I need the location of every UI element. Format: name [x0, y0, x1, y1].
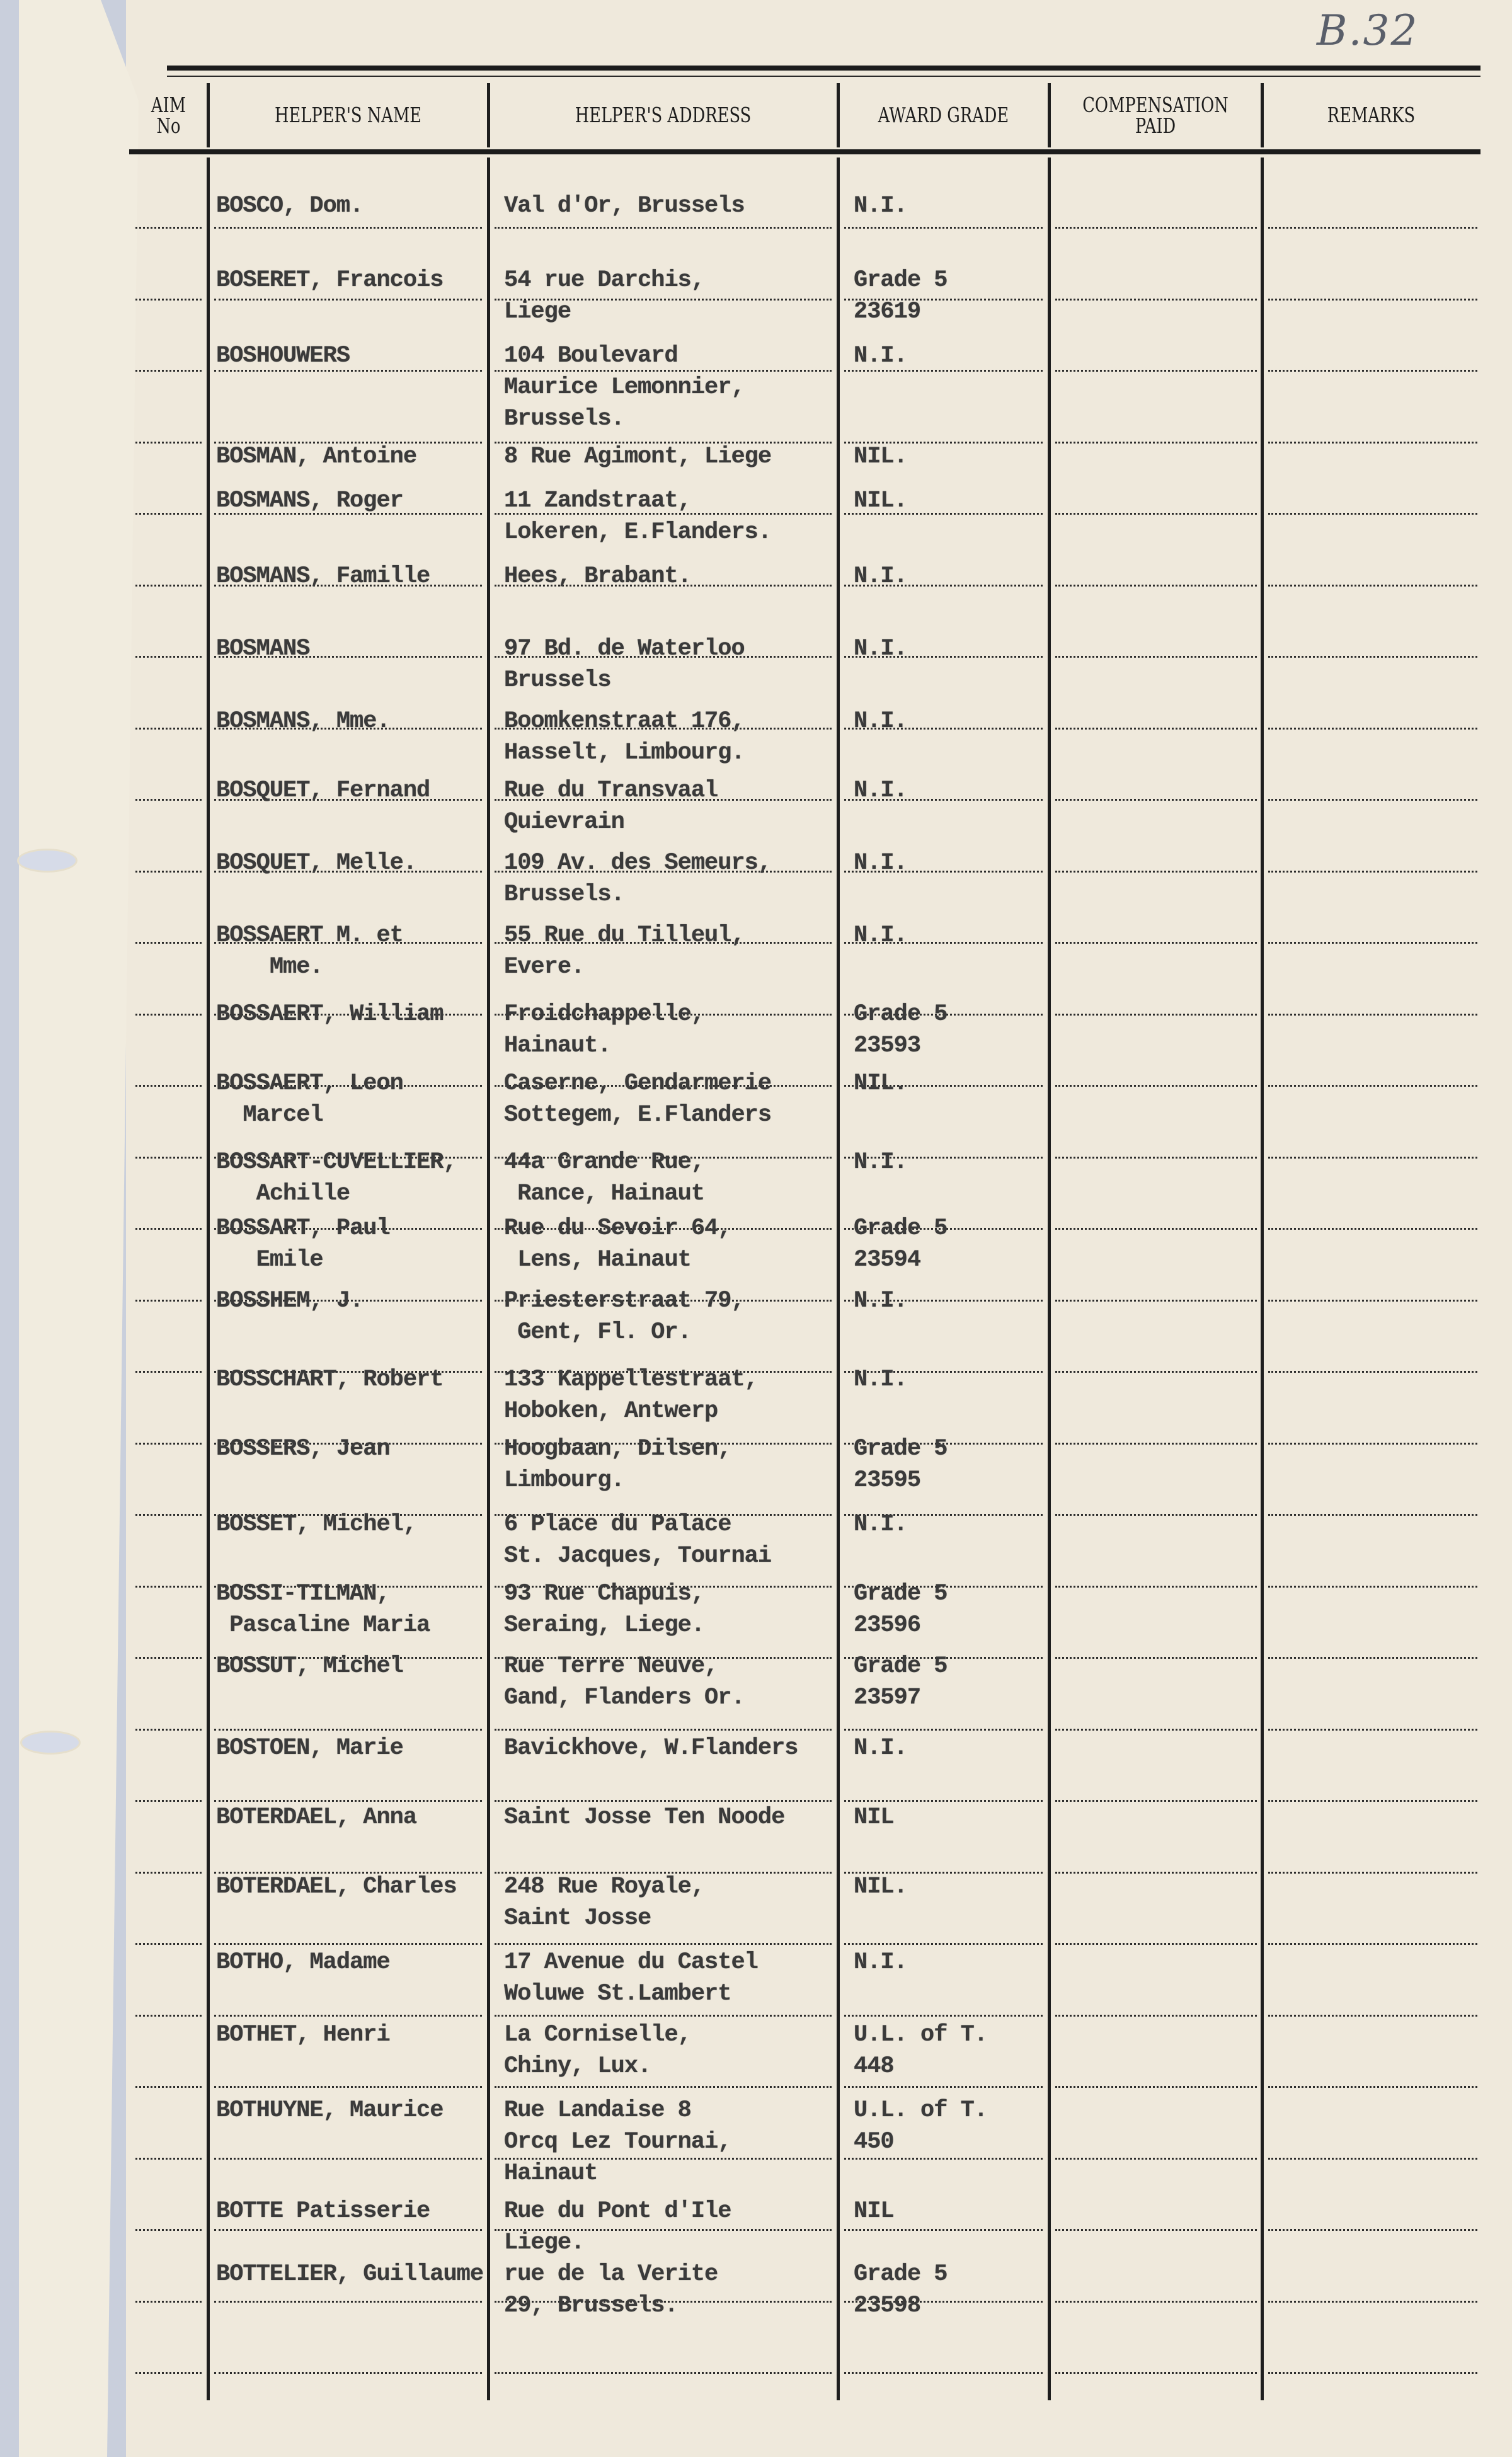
ruled-line	[214, 2301, 482, 2303]
ruled-line	[1268, 442, 1477, 444]
cell-name: BOSHOUWERS	[216, 340, 350, 372]
cell-name: BOSMAN, Antoine	[216, 441, 416, 472]
cell-award: N.I.	[854, 1732, 907, 1764]
ruled-line	[1055, 585, 1257, 587]
cell-award: N.I.	[854, 706, 907, 737]
cell-name: BOSQUET, Melle.	[216, 847, 416, 879]
cell-award: N.I.	[854, 1947, 907, 1978]
ruled-line	[1268, 227, 1477, 229]
cell-award: Grade 5 23594	[854, 1213, 947, 1276]
cell-award: N.I.	[854, 1147, 907, 1178]
cell-address: 93 Rue Chapuis, Seraing, Liege.	[504, 1578, 704, 1641]
ruled-line	[1268, 942, 1477, 944]
ruled-line	[1268, 1085, 1477, 1087]
cell-address: 17 Avenue du Castel Woluwe St.Lambert	[504, 1947, 758, 2010]
header-divider	[837, 83, 840, 147]
ruled-line	[1268, 585, 1477, 587]
ruled-line	[135, 871, 202, 873]
cell-address: 54 rue Darchis, Liege	[504, 265, 704, 328]
cell-award: N.I.	[854, 190, 907, 222]
ruled-line	[1268, 871, 1477, 873]
cell-address: 55 Rue du Tilleul, Evere.	[504, 920, 745, 983]
column-divider	[837, 157, 840, 2400]
header-divider	[1048, 83, 1051, 147]
ruled-line	[1055, 1943, 1257, 1945]
ruled-line	[1268, 370, 1477, 372]
ruled-line	[1055, 299, 1257, 301]
ruled-line	[1055, 513, 1257, 515]
ruled-line	[844, 2015, 1043, 2017]
cell-name: BOSSET, Michel,	[216, 1509, 416, 1540]
column-header-name: HELPER'S NAME	[239, 82, 457, 148]
cell-award: N.I.	[854, 1285, 907, 1317]
ruled-line	[1055, 2158, 1257, 2160]
ruled-line	[1055, 728, 1257, 730]
ruled-line	[1268, 1014, 1477, 1016]
ruled-line	[135, 1371, 202, 1373]
cell-award: Grade 5 23596	[854, 1578, 947, 1641]
cell-award: N.I.	[854, 775, 907, 806]
column-divider	[1048, 157, 1051, 2400]
ruled-line	[135, 2158, 202, 2160]
cell-name: BOSSAERT M. et Mme.	[216, 920, 403, 983]
cell-name: BOTTE Patisserie	[216, 2196, 430, 2227]
ruled-line	[214, 2229, 482, 2231]
ruled-line	[495, 2015, 832, 2017]
ruled-line	[135, 1514, 202, 1516]
ruled-line	[1055, 2086, 1257, 2088]
ruled-line	[1055, 1157, 1257, 1159]
ruled-line	[1055, 1085, 1257, 1087]
ruled-line	[1268, 513, 1477, 515]
ruled-line	[1268, 1800, 1477, 1802]
ruled-line	[844, 2158, 1043, 2160]
cell-address: La Corniselle, Chiny, Lux.	[504, 2019, 691, 2082]
ruled-line	[844, 2372, 1043, 2374]
punch-hole	[19, 850, 76, 871]
ruled-line	[1268, 728, 1477, 730]
ruled-line	[135, 1228, 202, 1230]
cell-address: Boomkenstraat 176, Hasselt, Limbourg.	[504, 706, 745, 769]
ruled-line	[1268, 1586, 1477, 1588]
ruled-line	[135, 1157, 202, 1159]
cell-award: NIL.	[854, 1068, 907, 1099]
ruled-line	[135, 1443, 202, 1445]
cell-award: N.I.	[854, 920, 907, 951]
cell-address: 8 Rue Agimont, Liege	[504, 441, 771, 472]
ruled-line	[1268, 299, 1477, 301]
cell-name: BOSSHEM, J.	[216, 1285, 363, 1317]
cell-award: NIL	[854, 2196, 894, 2227]
cell-name: BOTTELIER, Guillaume	[216, 2259, 483, 2290]
cell-name: BOSSI-TILMAN, Pascaline Maria	[216, 1578, 430, 1641]
cell-name: BOSQUET, Fernand	[216, 775, 430, 806]
ruled-line	[135, 299, 202, 301]
cell-name: BOSSART, Paul Emile	[216, 1213, 390, 1276]
cell-address: 97 Bd. de Waterloo Brussels	[504, 633, 745, 696]
column-header-compensation: COMPENSATION PAID	[1072, 82, 1239, 148]
ruled-line	[1268, 1729, 1477, 1731]
cell-name: BOSMANS, Roger	[216, 485, 403, 517]
column-header-claim_no: AIM No	[138, 82, 200, 148]
ruled-line	[1268, 1514, 1477, 1516]
cell-address: Rue Landaise 8 Orcq Lez Tournai, Hainaut	[504, 2095, 731, 2189]
ruled-line	[1268, 1657, 1477, 1659]
cell-address: Priesterstraat 79, Gent, Fl. Or.	[504, 1285, 745, 1348]
ruled-line	[1268, 1371, 1477, 1373]
cell-address: 248 Rue Royale, Saint Josse	[504, 1871, 704, 1934]
cell-address: 11 Zandstraat, Lokeren, E.Flanders.	[504, 485, 771, 548]
ruled-line	[1055, 1586, 1257, 1588]
column-divider	[487, 157, 490, 2400]
cell-address: 133 Kappellestraat, Hoboken, Antwerp	[504, 1364, 758, 1427]
cell-award: Grade 5 23619	[854, 265, 947, 328]
cell-name: BOSERET, Francois	[216, 265, 443, 296]
ruled-line	[1268, 2372, 1477, 2374]
ruled-line	[495, 1729, 832, 1731]
ruled-line	[1055, 1800, 1257, 1802]
ruled-line	[1055, 799, 1257, 801]
ruled-line	[135, 728, 202, 730]
ruled-line	[135, 1872, 202, 1874]
ruled-line	[1268, 2086, 1477, 2088]
cell-name: BOSMANS, Mme.	[216, 706, 390, 737]
cell-award: N.I.	[854, 1364, 907, 1395]
ruled-line	[135, 2301, 202, 2303]
ruled-line	[1055, 656, 1257, 658]
column-header-award: AWARD GRADE	[861, 82, 1026, 148]
ruled-line	[135, 1729, 202, 1731]
column-divider	[207, 157, 210, 2400]
cell-name: BOTHET, Henri	[216, 2019, 390, 2051]
cell-address: Rue du Sevoir 64, Lens, Hainaut	[504, 1213, 731, 1276]
cell-name: BOTHO, Madame	[216, 1947, 390, 1978]
ruled-line	[135, 2229, 202, 2231]
cell-name: BOSSAERT, William	[216, 999, 443, 1030]
column-header-address: HELPER'S ADDRESS	[527, 82, 799, 148]
cell-name: BOTHUYNE, Maurice	[216, 2095, 443, 2126]
ruled-line	[1055, 2229, 1257, 2231]
cell-award: U.L. of T. 450	[854, 2095, 987, 2158]
ruled-line	[135, 1657, 202, 1659]
ruled-line	[135, 513, 202, 515]
ruled-line	[214, 1943, 482, 1945]
cell-address: Froidchappelle, Hainaut.	[504, 999, 704, 1062]
ruled-line	[1268, 1300, 1477, 1302]
ruled-line	[1268, 656, 1477, 658]
ruled-line	[1055, 1443, 1257, 1445]
ruled-line	[135, 1586, 202, 1588]
ruled-line	[1055, 2372, 1257, 2374]
ruled-line	[1268, 1443, 1477, 1445]
ruled-line	[1055, 1300, 1257, 1302]
ruled-line	[135, 799, 202, 801]
cell-name: BOSSUT, Michel	[216, 1651, 403, 1682]
ruled-line	[135, 2086, 202, 2088]
cell-address: Bavickhove, W.Flanders	[504, 1732, 798, 1764]
ruled-line	[1055, 370, 1257, 372]
ruled-line	[214, 2015, 482, 2017]
cell-address: Rue Terre Neuve, Gand, Flanders Or.	[504, 1651, 745, 1714]
ruled-line	[214, 2372, 482, 2374]
cell-award: NIL.	[854, 1871, 907, 1903]
ruled-line	[1055, 442, 1257, 444]
cell-award: NIL.	[854, 441, 907, 472]
ruled-line	[135, 1014, 202, 1016]
ruled-line	[1055, 227, 1257, 229]
ruled-line	[1055, 1729, 1257, 1731]
cell-award: Grade 5 23597	[854, 1651, 947, 1714]
cell-address: 104 Boulevard Maurice Lemonnier, Brussel…	[504, 340, 745, 435]
ruled-line	[1055, 1514, 1257, 1516]
ruled-line	[135, 1943, 202, 1945]
cell-award: NIL.	[854, 485, 907, 517]
cell-name: BOSMANS, Famille	[216, 561, 430, 592]
cell-name: BOSSERS, Jean	[216, 1433, 390, 1465]
ruled-line	[1055, 871, 1257, 873]
punch-hole	[22, 1732, 79, 1753]
cell-address: Val d'Or, Brussels	[504, 190, 745, 222]
ruled-line	[1268, 2158, 1477, 2160]
ruled-line	[135, 442, 202, 444]
cell-award: Grade 5 23593	[854, 999, 947, 1062]
ruled-line	[214, 299, 482, 301]
ruled-line	[135, 585, 202, 587]
header-divider	[487, 83, 490, 147]
ruled-line	[1268, 2301, 1477, 2303]
cell-address: Hees, Brabant.	[504, 561, 691, 592]
cell-address: Rue du Transvaal Quievrain	[504, 775, 718, 838]
ruled-line	[495, 227, 832, 229]
cell-address: 6 Place du Palace St. Jacques, Tournai	[504, 1509, 771, 1572]
ruled-line	[1268, 1157, 1477, 1159]
ruled-line	[135, 1800, 202, 1802]
ruled-line	[135, 2015, 202, 2017]
ruled-line	[1055, 2301, 1257, 2303]
cell-address: Saint Josse Ten Noode	[504, 1802, 784, 1833]
ruled-line	[135, 1300, 202, 1302]
cell-name: BOTERDAEL, Charles	[216, 1871, 457, 1903]
header-divider	[207, 83, 210, 147]
cell-address: 109 Av. des Semeurs, Brussels.	[504, 847, 771, 910]
ruled-line	[1055, 1228, 1257, 1230]
top-rule-thin	[167, 76, 1480, 77]
cell-address: 44a Grande Rue, Rance, Hainaut	[504, 1147, 704, 1210]
column-divider	[1261, 157, 1264, 2400]
cell-award: Grade 5 23595	[854, 1433, 947, 1496]
ruled-line	[495, 1943, 832, 1945]
cell-award: N.I.	[854, 1509, 907, 1540]
cell-award: U.L. of T. 448	[854, 2019, 987, 2082]
header-divider	[1261, 83, 1264, 147]
ruled-line	[1055, 942, 1257, 944]
ruled-line	[135, 656, 202, 658]
ruled-line	[844, 1943, 1043, 1945]
cell-address: Caserne, Gendarmerie Sottegem, E.Flander…	[504, 1068, 771, 1131]
cell-award: Grade 5 23598	[854, 2259, 947, 2322]
ruled-line	[844, 1729, 1043, 1731]
ruled-line	[135, 1085, 202, 1087]
cell-address: Hoogbaan, Dilsen, Limbourg.	[504, 1433, 731, 1496]
ruled-line	[844, 2086, 1043, 2088]
ruled-line	[495, 2372, 832, 2374]
ruled-line	[1268, 1872, 1477, 1874]
ruled-line	[1055, 1872, 1257, 1874]
ruled-line	[1268, 2229, 1477, 2231]
cell-name: BOSTOEN, Marie	[216, 1732, 403, 1764]
ruled-line	[135, 227, 202, 229]
cell-name: BOTERDAEL, Anna	[216, 1802, 416, 1833]
ruled-line	[495, 2086, 832, 2088]
cell-name: BOSMANS	[216, 633, 309, 665]
page-reference: B.32	[1317, 6, 1418, 55]
cell-address: Rue du Pont d'Ile Liege.	[504, 2196, 731, 2259]
ruled-line	[135, 942, 202, 944]
ruled-line	[214, 227, 482, 229]
ruled-line	[214, 2086, 482, 2088]
ruled-line	[1268, 2015, 1477, 2017]
top-rule	[167, 66, 1480, 71]
ruled-line	[1055, 1657, 1257, 1659]
cell-name: BOSSAERT, Leon Marcel	[216, 1068, 403, 1131]
cell-address: rue de la Verite 29, Brussels.	[504, 2259, 718, 2322]
ruled-line	[135, 2372, 202, 2374]
ruled-line	[1268, 1943, 1477, 1945]
cell-award: N.I.	[854, 561, 907, 592]
ruled-line	[214, 1729, 482, 1731]
ruled-line	[1055, 1014, 1257, 1016]
cell-award: N.I.	[854, 847, 907, 879]
cell-name: BOSSCHART, Robert	[216, 1364, 443, 1395]
cell-award: N.I.	[854, 633, 907, 665]
ruled-line	[1055, 2015, 1257, 2017]
column-header-remarks: REMARKS	[1286, 82, 1457, 148]
cell-name: BOSCO, Dom.	[216, 190, 363, 222]
ruled-line	[844, 2229, 1043, 2231]
header-rule	[129, 149, 1480, 154]
cell-name: BOSSART-CUVELLIER, Achille	[216, 1147, 457, 1210]
cell-award: N.I.	[854, 340, 907, 372]
ruled-line	[135, 370, 202, 372]
document-page: B.32 AIM NoHELPER'S NAMEHELPER'S ADDRESS…	[0, 0, 1512, 2457]
ruled-line	[844, 227, 1043, 229]
ruled-line	[1268, 1228, 1477, 1230]
ruled-line	[1055, 1371, 1257, 1373]
ruled-line	[1268, 799, 1477, 801]
cell-award: NIL	[854, 1802, 894, 1833]
ruled-line	[214, 2158, 482, 2160]
